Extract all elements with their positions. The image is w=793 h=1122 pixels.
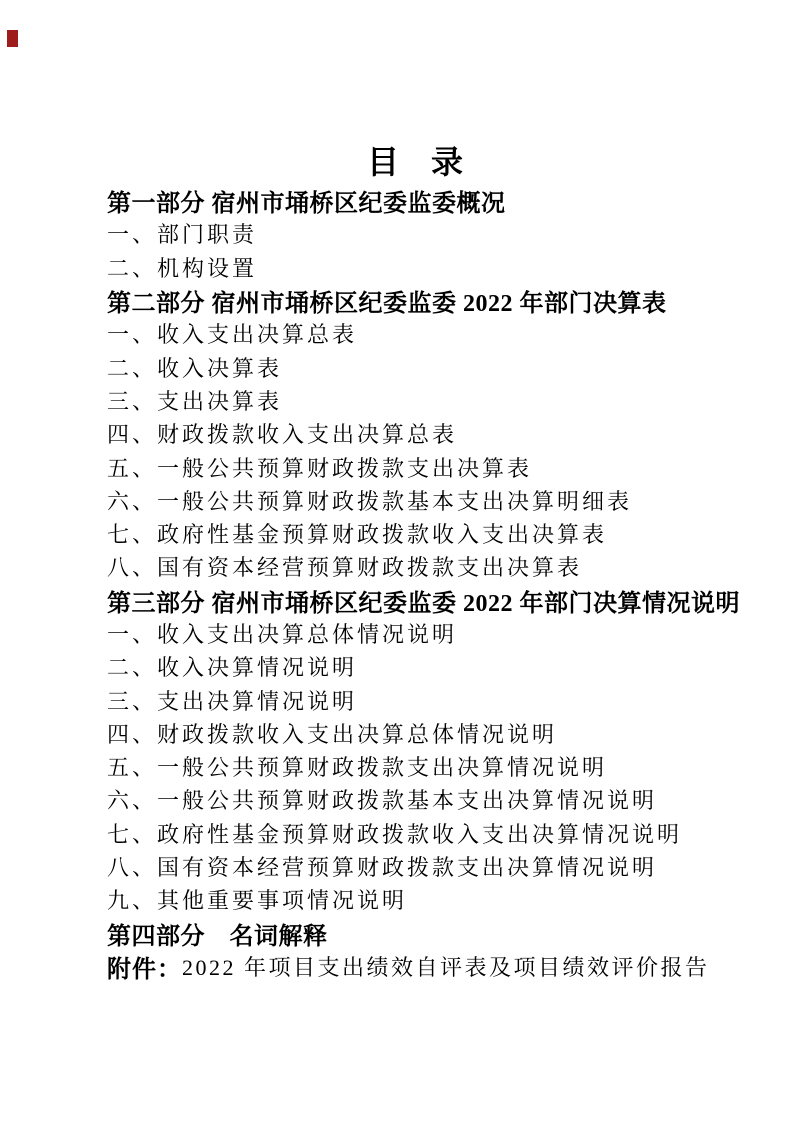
toc-entry: 六、一般公共预算财政拨款基本支出决算情况说明 xyxy=(107,783,747,816)
toc-entry: 一、收入支出决算总表 xyxy=(107,317,747,350)
toc-title: 目 录 xyxy=(104,141,726,183)
toc-attachment-label: 附件： xyxy=(107,949,182,984)
toc-entry: 四、财政拨款收入支出决算总体情况说明 xyxy=(107,717,747,750)
toc-entry: 三、支出决算情况说明 xyxy=(107,683,747,716)
toc-entry: 七、政府性基金预算财政拨款收入支出决算表 xyxy=(107,517,747,550)
toc-entry: 一、部门职责 xyxy=(107,217,747,250)
toc-entry: 五、一般公共预算财政拨款支出决算表 xyxy=(107,450,747,483)
toc-entry: 五、一般公共预算财政拨款支出决算情况说明 xyxy=(107,750,747,783)
toc-entry: 二、机构设置 xyxy=(107,251,747,284)
toc-section-heading: 第四部分 名词解释 xyxy=(107,917,747,950)
toc-section-heading: 第三部分 宿州市埇桥区纪委监委 2022 年部门决算情况说明 xyxy=(107,584,747,617)
toc-entry: 二、收入决算表 xyxy=(107,350,747,383)
toc-section-heading: 第二部分 宿州市埇桥区纪委监委 2022 年部门决算表 xyxy=(107,284,747,317)
red-corner-mark xyxy=(7,30,18,47)
toc-entry: 八、国有资本经营预算财政拨款支出决算表 xyxy=(107,550,747,583)
toc-attachment-text: 2022 年项目支出绩效自评表及项目绩效评价报告 xyxy=(182,951,710,982)
toc-entry: 九、其他重要事项情况说明 xyxy=(107,883,747,916)
toc-entry: 二、收入决算情况说明 xyxy=(107,650,747,683)
toc-attachment-entry: 附件： 2022 年项目支出绩效自评表及项目绩效评价报告 xyxy=(107,950,747,983)
document-page: 目 录 第一部分 宿州市埇桥区纪委监委概况 一、部门职责 二、机构设置 第二部分… xyxy=(0,0,793,1122)
toc-entry: 四、财政拨款收入支出决算总表 xyxy=(107,417,747,450)
toc-entry: 三、支出决算表 xyxy=(107,384,747,417)
toc-entry: 六、一般公共预算财政拨款基本支出决算明细表 xyxy=(107,484,747,517)
toc-entry: 一、收入支出决算总体情况说明 xyxy=(107,617,747,650)
toc-entry: 七、政府性基金预算财政拨款收入支出决算情况说明 xyxy=(107,817,747,850)
toc-section-heading: 第一部分 宿州市埇桥区纪委监委概况 xyxy=(107,184,747,217)
toc-entries: 第一部分 宿州市埇桥区纪委监委概况 一、部门职责 二、机构设置 第二部分 宿州市… xyxy=(107,184,747,983)
toc-entry: 八、国有资本经营预算财政拨款支出决算情况说明 xyxy=(107,850,747,883)
